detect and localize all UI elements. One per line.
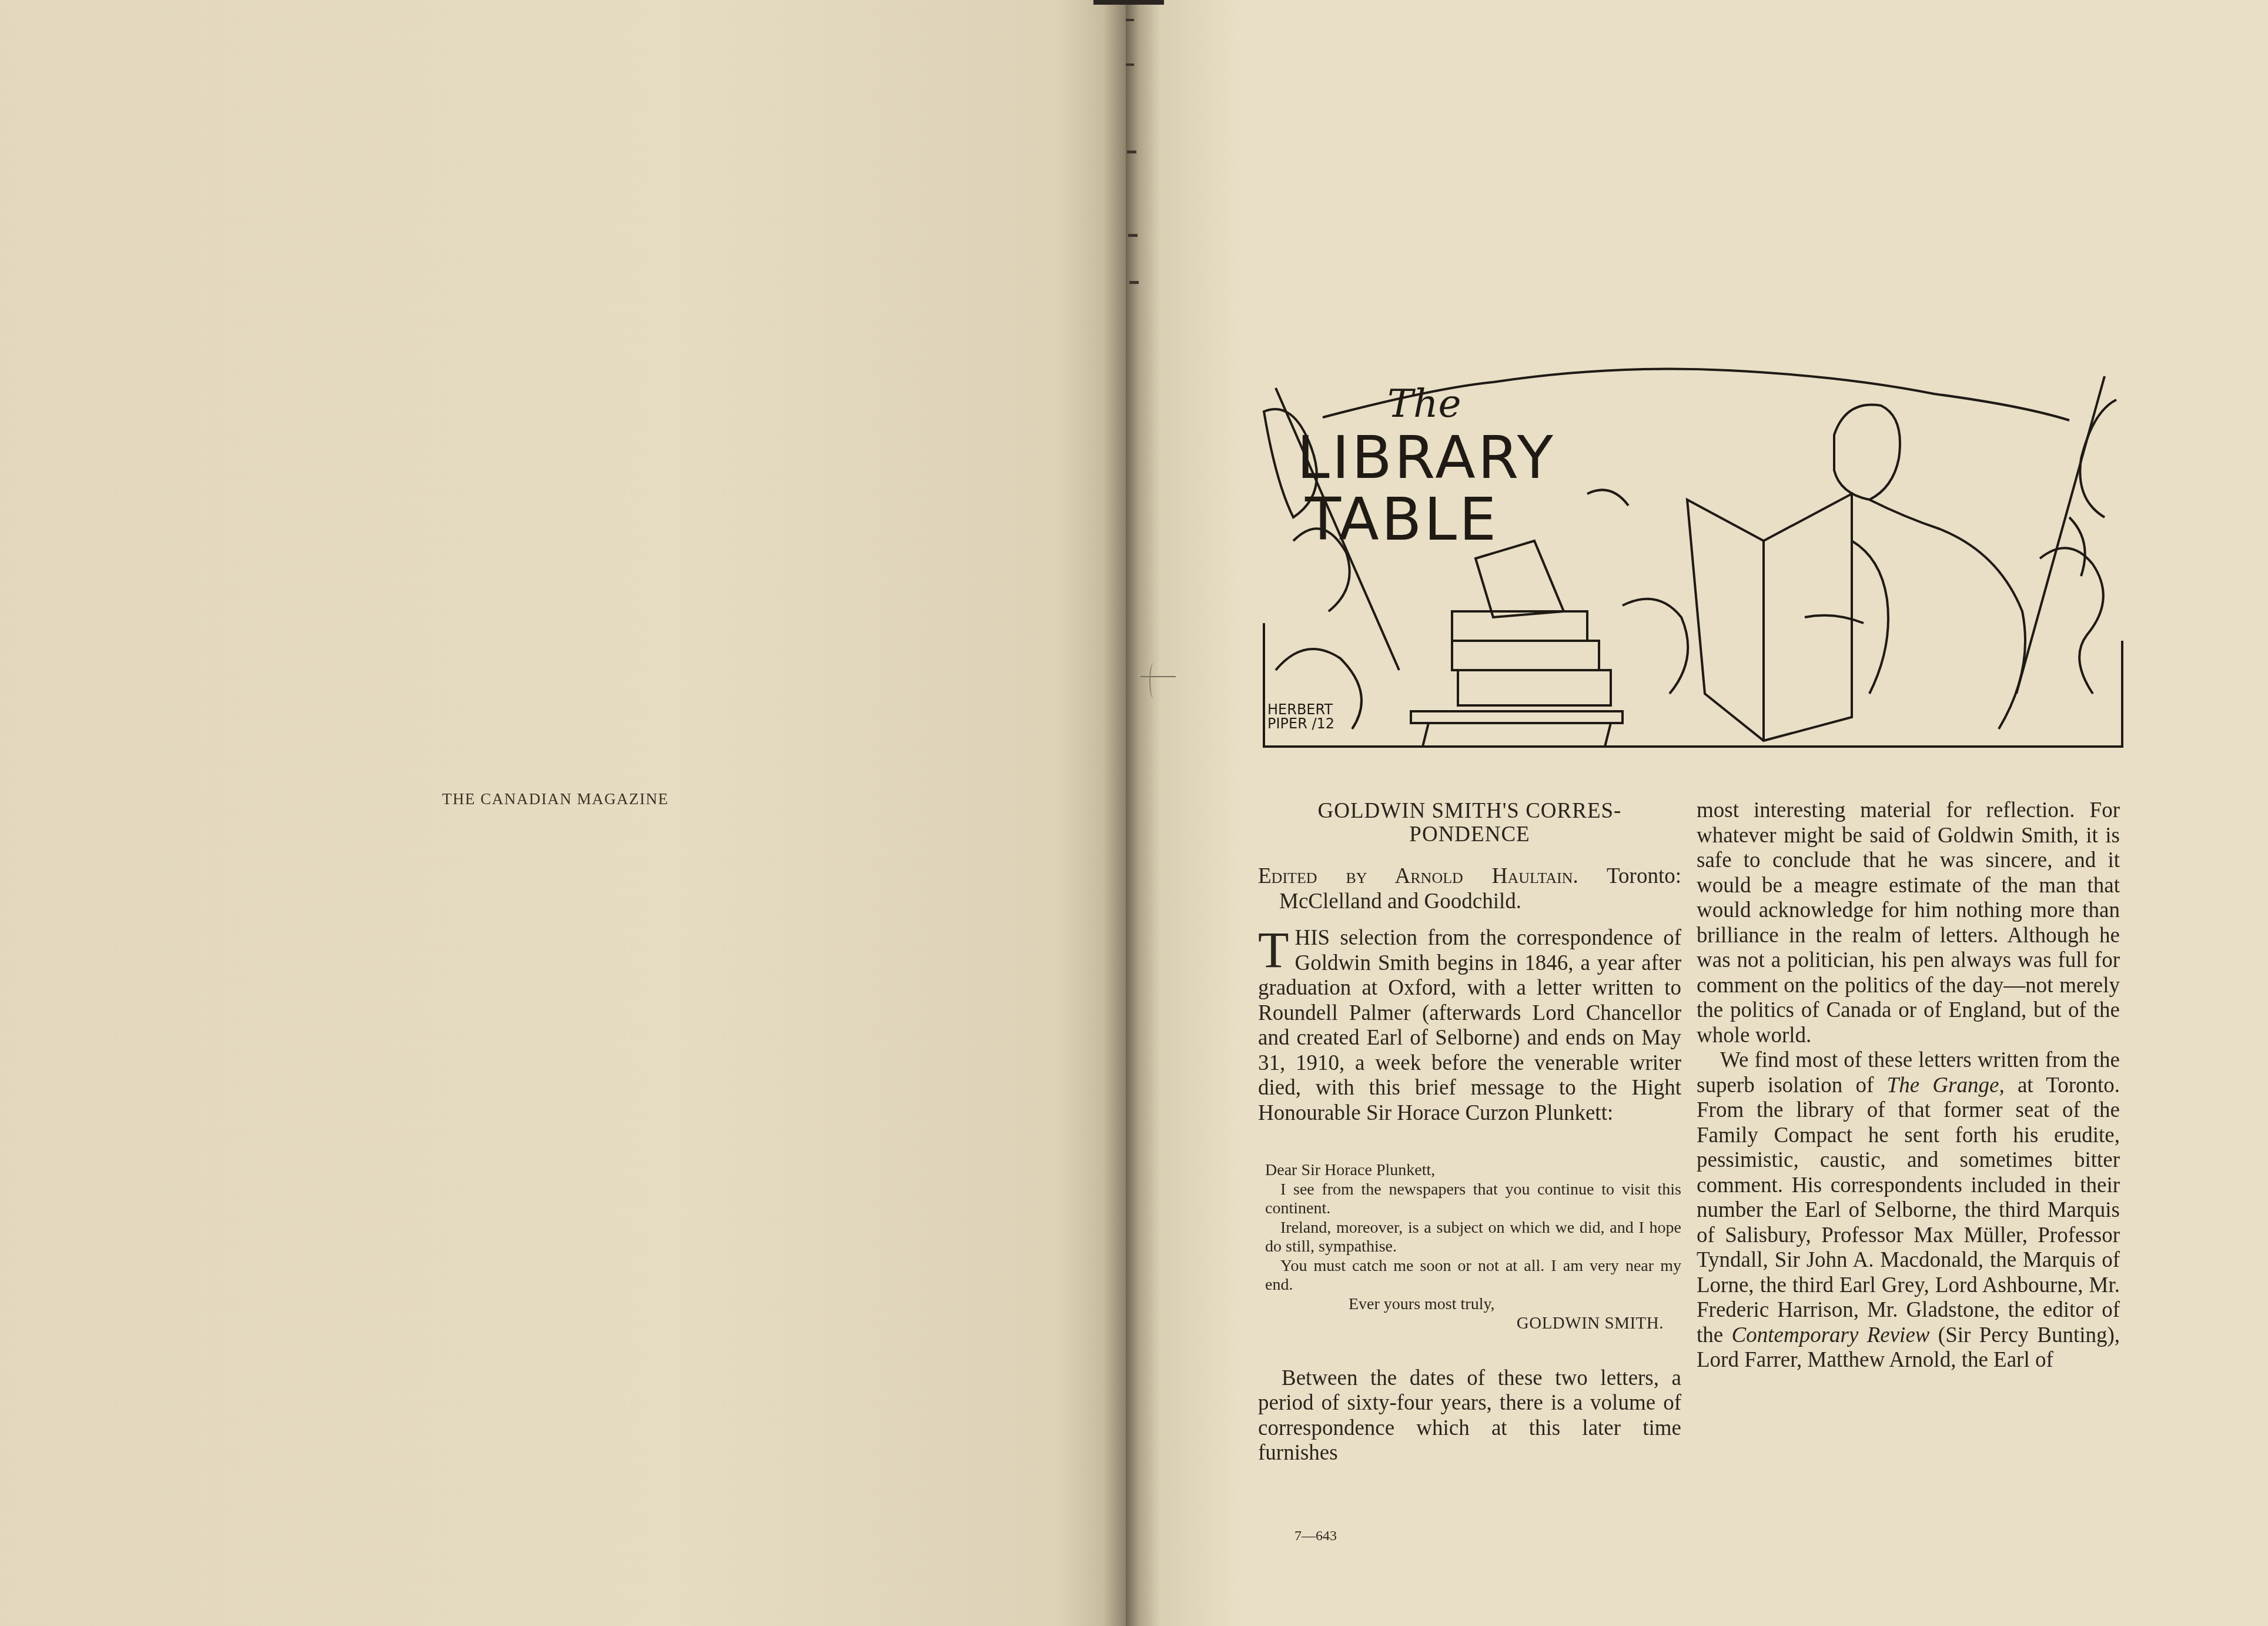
printer-register-arc bbox=[1149, 663, 1158, 698]
quoted-letter: Dear Sir Horace Plunkett, I see from the… bbox=[1265, 1161, 1681, 1333]
opening-paragraph: THIS selection from the correspondence o… bbox=[1258, 926, 1681, 1126]
binding-stitch bbox=[1129, 281, 1139, 284]
paragraph: We find most of these letters written fr… bbox=[1697, 1048, 2120, 1373]
binding-stitch bbox=[1128, 234, 1138, 237]
binding-stitch bbox=[1126, 19, 1134, 21]
paragraph-text: selection from the correspondence of Gol… bbox=[1258, 926, 1681, 1125]
letter-line: Ireland, moreover, is a subject on which… bbox=[1265, 1219, 1681, 1257]
letter-line: I see from the newspapers that you conti… bbox=[1265, 1180, 1681, 1219]
artist-signature: HERBERT PIPER /12 bbox=[1267, 702, 1334, 731]
letter-closing: Ever yours most truly, bbox=[1265, 1295, 1681, 1314]
letter-salutation: Dear Sir Horace Plunkett, bbox=[1265, 1161, 1681, 1180]
running-head: THE CANADIAN MAGAZINE bbox=[442, 790, 668, 808]
book-spread: THE CANADIAN MAGAZINE bbox=[0, 0, 2268, 1626]
article-byline: Edited by Arnold Haultain. Toronto: McCl… bbox=[1258, 864, 1681, 914]
binding-stitch bbox=[1127, 150, 1136, 153]
left-page: THE CANADIAN MAGAZINE bbox=[0, 0, 1126, 1626]
drop-cap: T bbox=[1258, 929, 1289, 971]
paragraph-continued: most interesting material for reflection… bbox=[1697, 798, 2120, 1048]
title-library: LIBRARY bbox=[1297, 423, 1556, 492]
article-title: GOLDWIN SMITH'S CORRES-PONDENCE bbox=[1258, 799, 1681, 847]
paragraph: Between the dates of these two letters, … bbox=[1258, 1366, 1681, 1466]
title-the: The bbox=[1387, 381, 1461, 426]
italic-place-name: The Grange, bbox=[1887, 1073, 2005, 1098]
page-folio: 7—643 bbox=[1294, 1528, 1337, 1544]
binding-stitch bbox=[1126, 63, 1134, 66]
letter-line: You must catch me soon or not at all. I … bbox=[1265, 1257, 1681, 1295]
title-table: TABLE bbox=[1305, 485, 1498, 554]
editor-credit: Edited by Arnold Haultain. bbox=[1258, 864, 1578, 888]
lead-in-word: HIS bbox=[1295, 926, 1330, 950]
article-column-2: most interesting material for reflection… bbox=[1697, 798, 2120, 1373]
letter-signature: GOLDWIN SMITH. bbox=[1265, 1314, 1681, 1333]
article-column-1: GOLDWIN SMITH'S CORRES-PONDENCE Edited b… bbox=[1258, 799, 1681, 1466]
italic-publication-title: Contemporary Review bbox=[1732, 1323, 1930, 1347]
library-table-header-illustration: The LIBRARY TABLE HERBERT PIPER /12 bbox=[1258, 364, 2128, 752]
printer-register-mark bbox=[1140, 676, 1176, 677]
top-edge-shadow bbox=[1093, 0, 1164, 5]
